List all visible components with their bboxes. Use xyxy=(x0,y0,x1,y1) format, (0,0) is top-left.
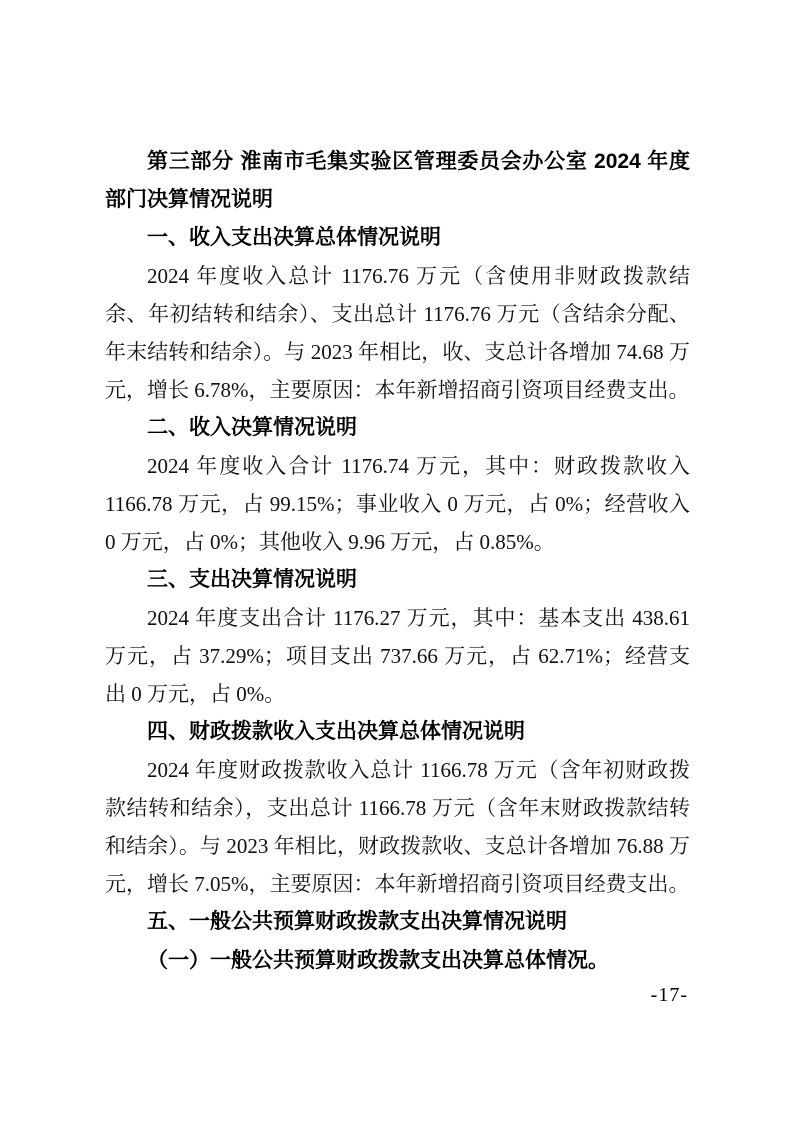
section-3-paragraph: 2024 年度支出合计 1176.27 万元，其中：基本支出 438.61 万元… xyxy=(105,599,690,713)
section-5-subheading: （一）一般公共预算财政拨款支出决算总体情况。 xyxy=(105,941,690,979)
document-title: 第三部分 淮南市毛集实验区管理委员会办公室 2024 年度部门决算情况说明 xyxy=(105,143,690,219)
section-income-details: 二、收入决算情况说明 2024 年度收入合计 1176.74 万元，其中：财政拨… xyxy=(105,409,690,561)
document-page: 第三部分 淮南市毛集实验区管理委员会办公室 2024 年度部门决算情况说明 一、… xyxy=(0,0,793,1122)
page-footer: -17- xyxy=(105,984,688,1007)
section-4-heading: 四、财政拨款收入支出决算总体情况说明 xyxy=(105,713,690,751)
document-content: 第三部分 淮南市毛集实验区管理委员会办公室 2024 年度部门决算情况说明 一、… xyxy=(105,143,690,979)
section-3-heading: 三、支出决算情况说明 xyxy=(105,561,690,599)
section-1-heading: 一、收入支出决算总体情况说明 xyxy=(105,219,690,257)
section-expenditure-details: 三、支出决算情况说明 2024 年度支出合计 1176.27 万元，其中：基本支… xyxy=(105,561,690,713)
section-2-heading: 二、收入决算情况说明 xyxy=(105,409,690,447)
page-number: -17- xyxy=(651,984,688,1006)
section-5-heading: 五、一般公共预算财政拨款支出决算情况说明 xyxy=(105,903,690,941)
section-2-paragraph: 2024 年度收入合计 1176.74 万元，其中：财政拨款收入 1166.78… xyxy=(105,447,690,561)
section-4-paragraph: 2024 年度财政拨款收入总计 1166.78 万元（含年初财政拨款结转和结余）… xyxy=(105,751,690,903)
section-income-expenditure-overview: 一、收入支出决算总体情况说明 2024 年度收入总计 1176.76 万元（含使… xyxy=(105,219,690,409)
section-1-paragraph: 2024 年度收入总计 1176.76 万元（含使用非财政拨款结余、年初结转和结… xyxy=(105,257,690,409)
section-fiscal-appropriation-overview: 四、财政拨款收入支出决算总体情况说明 2024 年度财政拨款收入总计 1166.… xyxy=(105,713,690,903)
section-general-public-budget: 五、一般公共预算财政拨款支出决算情况说明 （一）一般公共预算财政拨款支出决算总体… xyxy=(105,903,690,979)
